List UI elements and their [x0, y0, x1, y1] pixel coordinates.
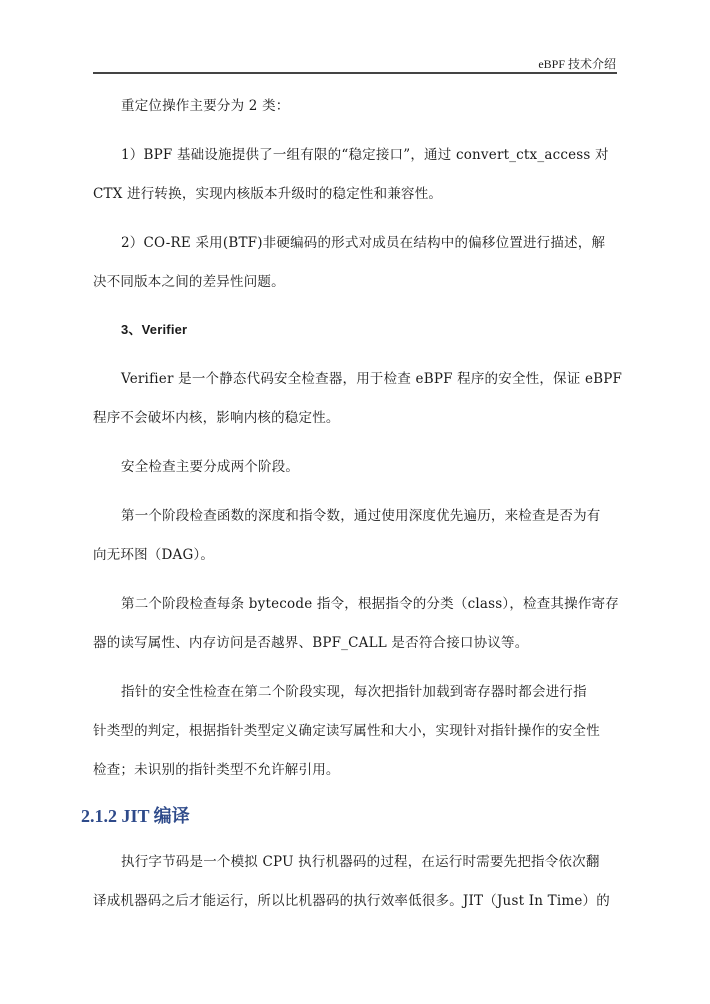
- header-rule: [93, 72, 617, 74]
- paragraph-pointer-check-line3: 检查；未识别的指针类型不允许解引用。: [93, 760, 340, 780]
- paragraph-two-stages: 安全检查主要分成两个阶段。: [121, 457, 299, 477]
- paragraph-verifier-line1: Verifier 是一个静态代码安全检查器，用于检查 eBPF 程序的安全性，保…: [121, 369, 622, 389]
- paragraph-stage-one-line2: 向无环图（DAG）。: [93, 545, 214, 565]
- subheading-verifier: 3、Verifier: [121, 320, 187, 340]
- paragraph-jit-line2: 译成机器码之后才能运行，所以比机器码的执行效率低很多。JIT（Just In T…: [93, 891, 610, 911]
- paragraph-jit-line1: 执行字节码是一个模拟 CPU 执行机器码的过程，在运行时需要先把指令依次翻: [121, 852, 600, 872]
- paragraph-stable-interface-line1: 1）BPF 基础设施提供了一组有限的“稳定接口”，通过 convert_ctx_…: [121, 145, 609, 165]
- paragraph-pointer-check-line1: 指针的安全性检查在第二个阶段实现，每次把指针加载到寄存器时都会进行指: [121, 682, 587, 702]
- paragraph-stage-two-line1: 第二个阶段检查每条 bytecode 指令，根据指令的分类（class），检查其…: [121, 594, 619, 614]
- paragraph-relocation-intro: 重定位操作主要分为 2 类：: [121, 96, 289, 116]
- paragraph-stage-two-line2: 器的读写属性、内存访问是否越界、BPF_CALL 是否符合接口协议等。: [93, 633, 528, 653]
- paragraph-stable-interface-line2: CTX 进行转换，实现内核版本升级时的稳定性和兼容性。: [93, 184, 442, 204]
- section-heading-jit: 2.1.2 JIT 编译: [81, 802, 190, 828]
- paragraph-verifier-line2: 程序不会破坏内核，影响内核的稳定性。: [93, 408, 340, 428]
- paragraph-stage-one-line1: 第一个阶段检查函数的深度和指令数，通过使用深度优先遍历，来检查是否为有: [121, 506, 601, 526]
- paragraph-pointer-check-line2: 针类型的判定，根据指针类型定义确定读写属性和大小，实现针对指针操作的安全性: [93, 721, 600, 741]
- paragraph-core-btf-line1: 2）CO-RE 采用(BTF)非硬编码的形式对成员在结构中的偏移位置进行描述，解: [121, 233, 605, 253]
- running-header: eBPF 技术介绍: [538, 55, 616, 72]
- paragraph-core-btf-line2: 决不同版本之间的差异性问题。: [93, 272, 285, 292]
